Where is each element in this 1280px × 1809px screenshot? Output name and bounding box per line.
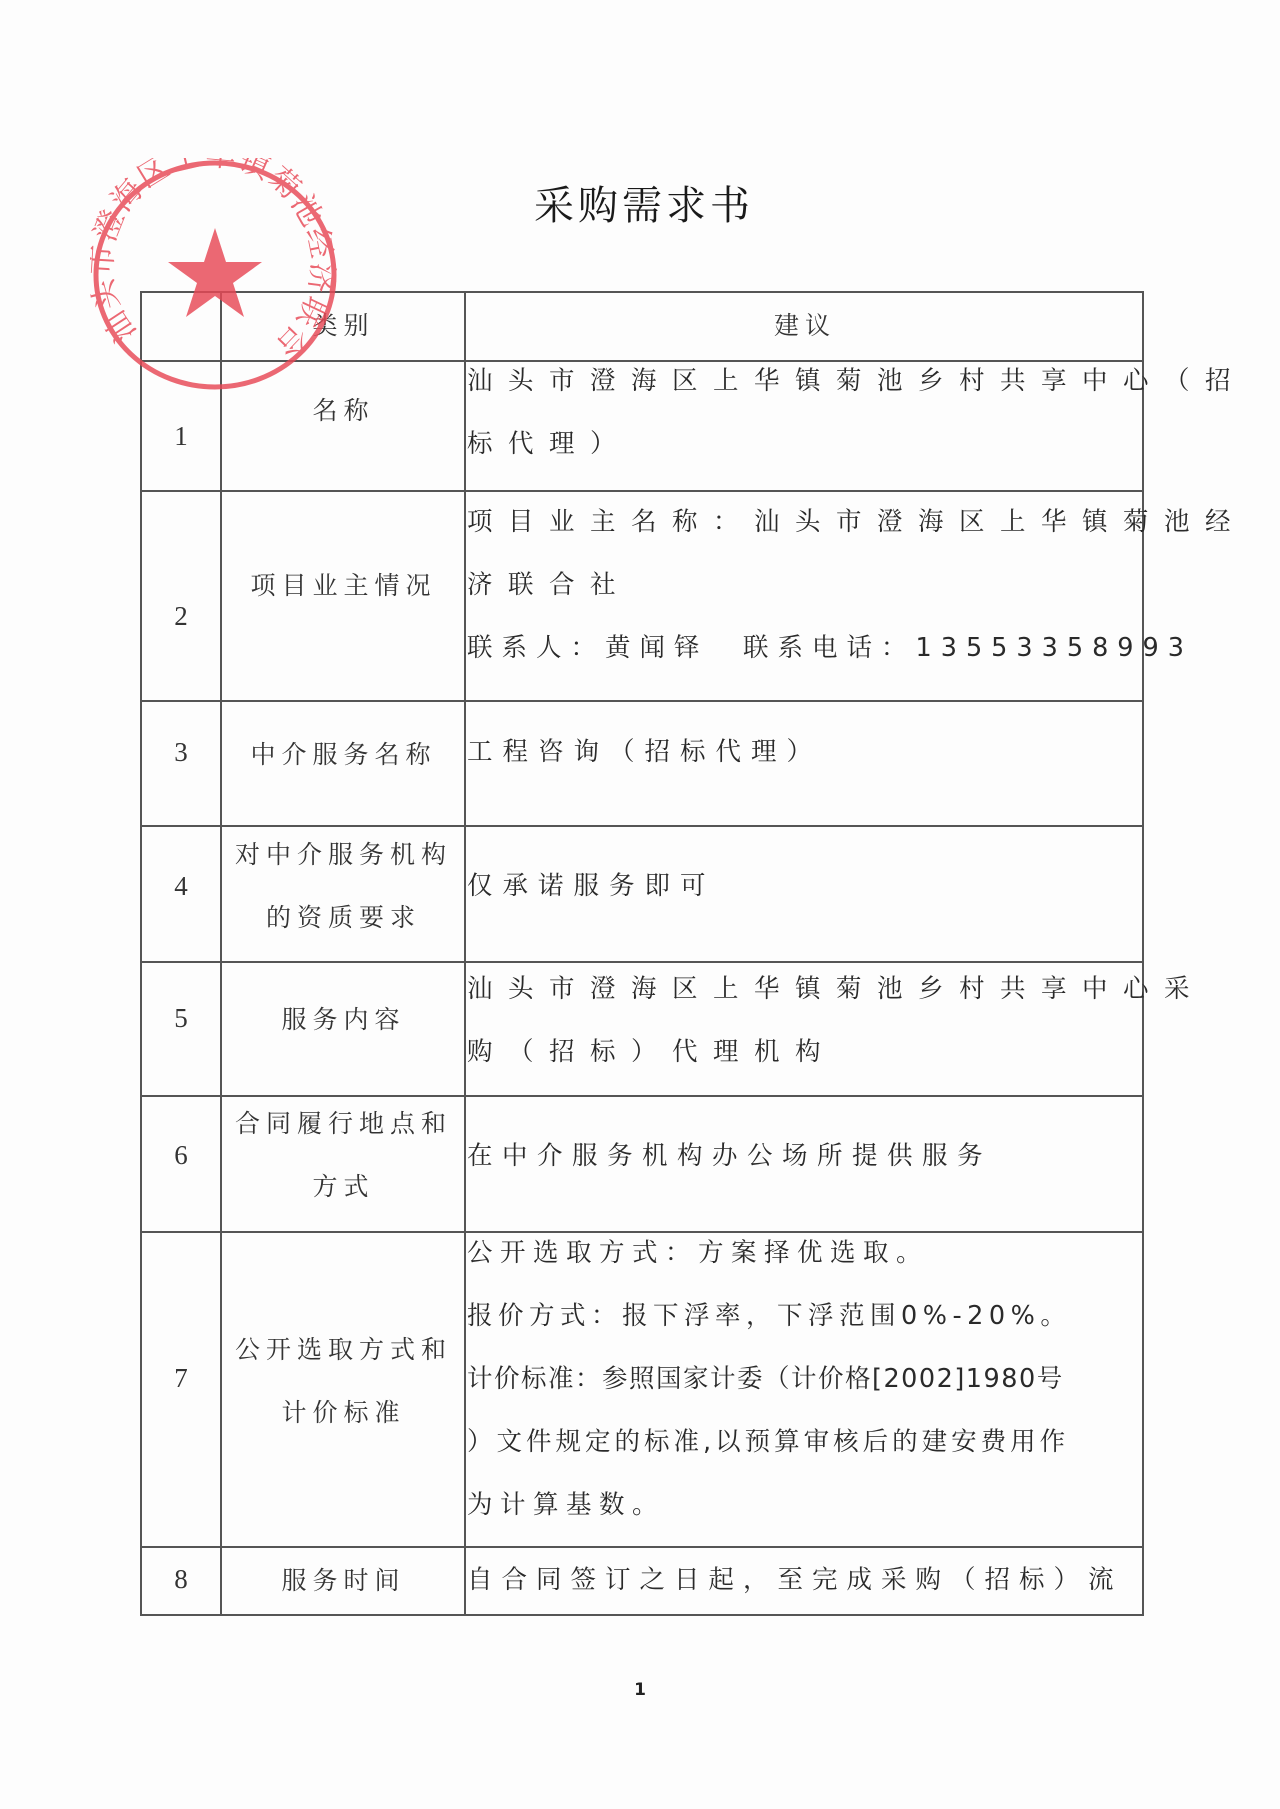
row-number: 6 xyxy=(141,1140,221,1171)
content-line: 联系人：黄闻铎 联系电话：13553358993 xyxy=(467,617,1143,680)
row-divider xyxy=(140,700,1143,702)
row-content: 在中介服务机构办公场所提供服务 xyxy=(467,1125,1143,1188)
row-number: 4 xyxy=(141,871,221,902)
row-label-line: 服务内容 xyxy=(281,1005,405,1034)
row-label: 名称 xyxy=(222,379,465,442)
row-divider xyxy=(140,1546,1143,1548)
row-content: 仅承诺服务即可 xyxy=(467,855,1143,918)
document-title: 采购需求书 xyxy=(0,174,1280,231)
content-line: 自合同签订之日起，至完成采购（招标）流 xyxy=(467,1549,1143,1612)
row-number: 8 xyxy=(141,1564,221,1595)
table-border-left xyxy=(140,291,142,1616)
content-line: 工程咨询（招标代理） xyxy=(467,721,1143,784)
row-content: 工程咨询（招标代理） xyxy=(467,721,1143,784)
row-number: 3 xyxy=(141,737,221,768)
content-line: 标代理） xyxy=(467,413,1143,476)
content-line: 为计算基数。 xyxy=(467,1474,1143,1537)
content-line: 报价方式：报下浮率，下浮范围0%-20%。 xyxy=(467,1285,1143,1348)
row-content: 汕头市澄海区上华镇菊池乡村共享中心采 购（招标）代理机构 xyxy=(467,958,1143,1084)
row-content: 项目业主名称：汕头市澄海区上华镇菊池经 济联合社 联系人：黄闻铎 联系电话：13… xyxy=(467,491,1143,680)
row-label-line: 的资质要求 xyxy=(222,886,465,949)
row-label: 合同履行地点和 方式 xyxy=(222,1092,465,1218)
content-line: 仅承诺服务即可 xyxy=(467,855,1143,918)
content-line: 汕头市澄海区上华镇菊池乡村共享中心采 xyxy=(467,958,1143,1021)
content-line: 项目业主名称：汕头市澄海区上华镇菊池经 xyxy=(467,491,1143,554)
row-content: 自合同签订之日起，至完成采购（招标）流 xyxy=(467,1549,1143,1612)
content-line: 购（招标）代理机构 xyxy=(467,1021,1143,1084)
row-label-line: 合同履行地点和 xyxy=(222,1092,465,1155)
page-number: 1 xyxy=(0,1680,1280,1700)
row-number: 5 xyxy=(141,1003,221,1034)
row-number: 2 xyxy=(141,601,221,632)
row-number: 7 xyxy=(141,1363,221,1394)
table-border-bottom xyxy=(140,1614,1143,1616)
row-label-line: 项目业主情况 xyxy=(250,571,436,600)
row-label-line: 方式 xyxy=(222,1155,465,1218)
row-number: 1 xyxy=(141,421,221,452)
row-label-line: 名称 xyxy=(312,396,374,425)
content-line: 在中介服务机构办公场所提供服务 xyxy=(467,1125,1143,1188)
row-label: 公开选取方式和 计价标准 xyxy=(222,1318,465,1444)
header-suggestion: 建议 xyxy=(467,294,1143,357)
content-line: ）文件规定的标准,以预算审核后的建安费用作 xyxy=(467,1411,1143,1474)
row-label-line: 对中介服务机构 xyxy=(222,823,465,886)
content-line: 计价标准：参照国家计委（计价格[2002]1980号 xyxy=(467,1348,1143,1411)
row-label-line: 服务时间 xyxy=(281,1566,405,1595)
table-border-top xyxy=(140,291,1143,293)
row-label: 项目业主情况 xyxy=(222,554,465,617)
header-category: 类别 xyxy=(222,294,465,357)
row-label-line: 中介服务名称 xyxy=(250,740,436,769)
row-content: 公开选取方式：方案择优选取。 报价方式：报下浮率，下浮范围0%-20%。 计价标… xyxy=(467,1222,1143,1537)
row-label-line: 计价标准 xyxy=(222,1381,465,1444)
content-line: 济联合社 xyxy=(467,554,1143,617)
content-line: 公开选取方式：方案择优选取。 xyxy=(467,1222,1143,1285)
row-label: 中介服务名称 xyxy=(222,723,465,786)
row-label: 服务内容 xyxy=(222,988,465,1051)
row-content: 汕头市澄海区上华镇菊池乡村共享中心（招 标代理） xyxy=(467,350,1143,476)
row-label: 服务时间 xyxy=(222,1549,465,1612)
row-label: 对中介服务机构 的资质要求 xyxy=(222,823,465,949)
row-label-line: 公开选取方式和 xyxy=(222,1318,465,1381)
content-line: 汕头市澄海区上华镇菊池乡村共享中心（招 xyxy=(467,350,1143,413)
